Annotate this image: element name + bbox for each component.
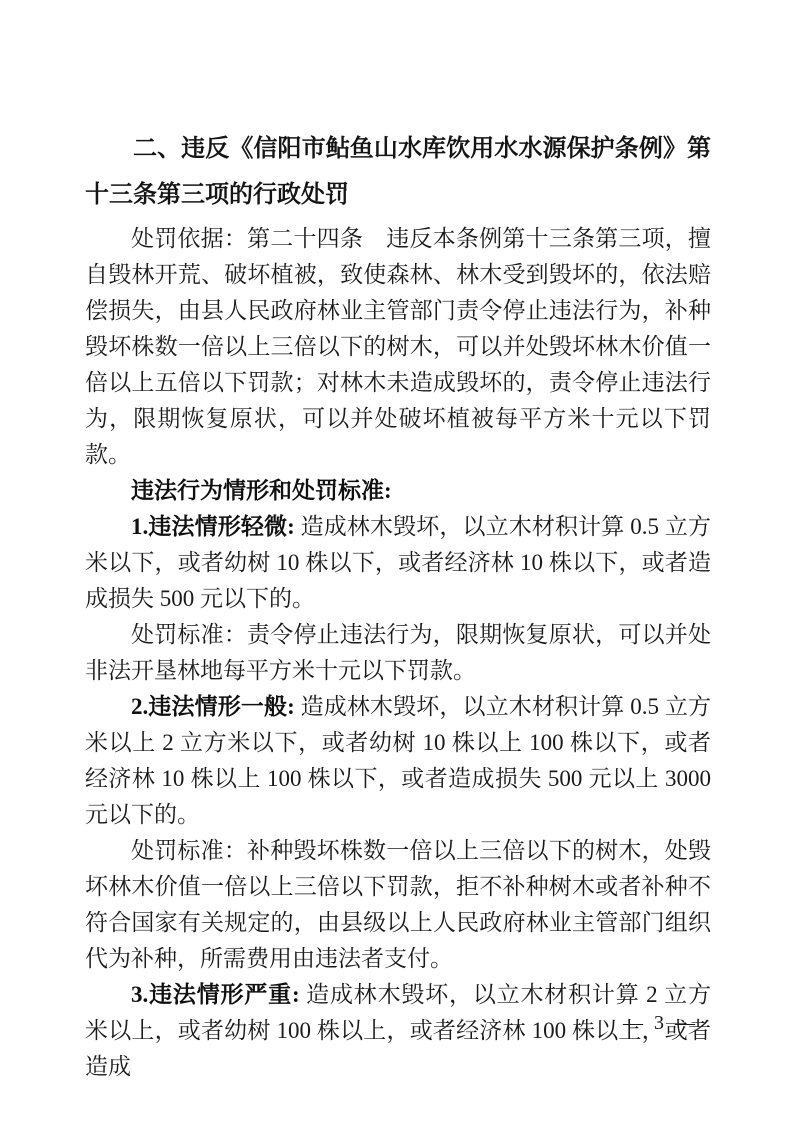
paragraph-label: 3.违法情形严重: [131,982,306,1007]
paragraph-penalty-standard-1: 处罚标准：责令停止违法行为，限期恢复原状，可以并处非法开垦林地每平方米十元以下罚… [85,617,711,689]
paragraph-penalty-basis: 处罚依据：第二十四条 违反本条例第十三条第三项，擅自毁林开荒、破坏植被，致使森林… [85,221,711,473]
paragraph-case-3-severe: 3.违法情形严重: 造成林木毁坏，以立木材积计算 2 立方米以上，或者幼树 10… [85,977,711,1085]
page-number: — 3 — [623,1012,698,1035]
paragraph-label: 违法行为情形和处罚标准: [131,478,392,503]
paragraph-text: 处罚依据：第二十四条 违反本条例第十三条第三项，擅自毁林开荒、破坏植被，致使森林… [85,226,711,467]
paragraph-label: 2.违法情形一般: [131,694,301,719]
paragraph-standards-header: 违法行为情形和处罚标准: [85,473,711,509]
paragraph-label: 1.违法情形轻微: [131,514,301,539]
document-content: 二、违反《信阳市鲇鱼山水库饮用水水源保护条例》第十三条第三项的行政处罚 处罚依据… [85,126,711,1085]
paragraph-text: 处罚标准：责令停止违法行为，限期恢复原状，可以并处非法开垦林地每平方米十元以下罚… [85,622,711,683]
paragraph-case-1-minor: 1.违法情形轻微: 造成林木毁坏，以立木材积计算 0.5 立方米以下，或者幼树 … [85,509,711,617]
paragraph-case-2-general: 2.违法情形一般: 造成林木毁坏，以立木材积计算 0.5 立方米以上 2 立方米… [85,689,711,833]
paragraph-text: 处罚标准：补种毁坏株数一倍以上三倍以下的树木，处毁坏林木价值一倍以上三倍以下罚款… [85,838,711,971]
section-heading: 二、违反《信阳市鲇鱼山水库饮用水水源保护条例》第十三条第三项的行政处罚 [85,126,711,218]
paragraph-penalty-standard-2: 处罚标准：补种毁坏株数一倍以上三倍以下的树木，处毁坏林木价值一倍以上三倍以下罚款… [85,833,711,977]
